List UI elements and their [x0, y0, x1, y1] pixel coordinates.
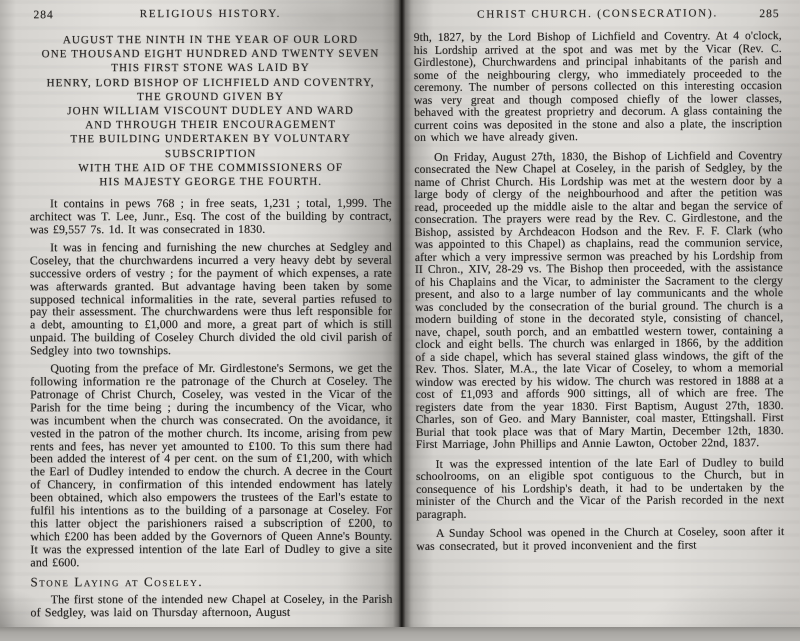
- right-running-head: CHRIST CHURCH. (CONSECRATION). 285: [414, 7, 782, 31]
- inscription-line: HENRY, LORD BISHOP OF LICHFIELD AND COVE…: [30, 75, 392, 90]
- left-running-header: RELIGIOUS HISTORY.: [29, 8, 391, 21]
- inscription-line: THE BUILDING UNDERTAKEN BY VOLUNTARY SUB…: [30, 132, 392, 161]
- left-page-content: 284 RELIGIOUS HISTORY. AUGUST THE NINTH …: [29, 8, 392, 624]
- left-running-head: 284 RELIGIOUS HISTORY.: [29, 8, 391, 31]
- left-page-number: 284: [33, 9, 53, 21]
- inscription-line: AND THROUGH THEIR ENCOURAGEMENT: [30, 118, 392, 133]
- inscription-line: JOHN WILLIAM VISCOUNT DUDLEY AND WARD: [30, 104, 392, 119]
- right-page-number: 285: [759, 8, 779, 20]
- inscription-line: THIS FIRST STONE WAS LAID BY: [30, 61, 392, 76]
- paragraph-schoolrooms-intention: It was the expressed intention of the la…: [416, 457, 784, 521]
- left-page: 284 RELIGIOUS HISTORY. AUGUST THE NINTH …: [0, 0, 402, 628]
- paragraph-church-statistics: It contains in pews 768 ; in free seats,…: [30, 197, 392, 236]
- scanner-bottom-edge: [0, 627, 800, 641]
- paragraph-consecration-ceremony: On Friday, August 27th, 1830, the Bishop…: [414, 150, 784, 452]
- inscription-line: THE GROUND GIVEN BY: [30, 89, 392, 104]
- section-heading-stone-laying: Stone Laying at Coseley.: [30, 573, 392, 590]
- inscription-line: WITH THE AID OF THE COMMISSIONERS OF: [30, 161, 392, 176]
- book-page-scan: 284 RELIGIOUS HISTORY. AUGUST THE NINTH …: [0, 0, 800, 641]
- inscription-line: ONE THOUSAND EIGHT HUNDRED AND TWENTY SE…: [30, 47, 392, 62]
- foundation-stone-inscription: AUGUST THE NINTH IN THE YEAR OF OUR LORD…: [30, 33, 392, 190]
- paragraph-stone-laying-continued: 9th, 1827, by the Lord Bishop of Lichfie…: [414, 30, 783, 144]
- paragraph-stone-laying: The first stone of the intended new Chap…: [30, 592, 392, 618]
- right-running-header: CHRIST CHURCH. (CONSECRATION).: [414, 7, 782, 21]
- paragraph-patronage: Quoting from the preface of Mr. Girdlest…: [30, 362, 392, 569]
- paragraph-churchwardens-debt: It was in fencing and furnishing the new…: [30, 241, 392, 358]
- paragraph-sunday-school: A Sunday School was opened in the Church…: [416, 526, 784, 553]
- inscription-line: HIS MAJESTY GEORGE THE FOURTH.: [30, 175, 392, 190]
- inscription-line: AUGUST THE NINTH IN THE YEAR OF OUR LORD: [30, 33, 392, 48]
- right-page-content: CHRIST CHURCH. (CONSECRATION). 285 9th, …: [414, 7, 785, 560]
- right-page: CHRIST CHURCH. (CONSECRATION). 285 9th, …: [402, 0, 800, 628]
